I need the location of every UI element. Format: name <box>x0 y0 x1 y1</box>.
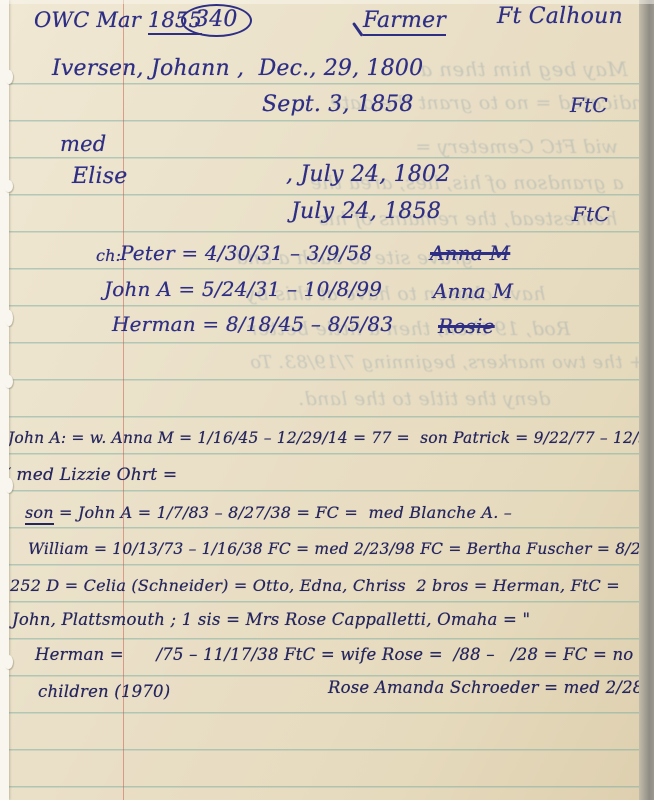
children-label: ch: <box>96 246 121 265</box>
page-number: 340 <box>181 4 252 37</box>
note-line: John, Plattsmouth ; 1 sis = Mrs Rose Cap… <box>12 610 530 629</box>
bleedthrough-text: deny the title to the land. <box>298 388 551 410</box>
record-code: OWC Mar 1855 <box>34 8 202 32</box>
person-name-birth: Iversen, Johann , Dec., 29, 1800 <box>52 56 423 81</box>
cemetery-mark: FtC <box>572 202 610 226</box>
bleedthrough-text: wid FtC Cemetery = <box>415 136 618 158</box>
note-line: son = John A = 1/7/83 – 8/27/38 = FC = m… <box>25 503 512 522</box>
spouse-death-date: July 24, 1858 <box>291 199 441 224</box>
note-lead-underlined: son <box>25 503 54 525</box>
note-line: William = 10/13/73 – 1/16/38 FC = med 2/… <box>28 540 654 558</box>
person-death-date: Sept. 3, 1858 <box>262 92 414 117</box>
place-name: Ft Calhoun <box>497 4 623 29</box>
note-line: Herman = /75 – 11/17/38 FtC = wife Rose … <box>35 645 633 664</box>
bleedthrough-text: May beg him then a <box>420 57 628 81</box>
child-spouse: Anna M <box>433 279 513 303</box>
spouse-name: Elise <box>72 164 127 189</box>
note-line: John A: = w. Anna M = 1/16/45 – 12/29/14… <box>8 425 654 447</box>
tear-bump <box>4 375 13 388</box>
child-spouse-struck: Rosie <box>438 314 495 338</box>
spouse-birth-date: , July 24, 1802 <box>286 162 450 187</box>
tear-bump <box>5 478 13 493</box>
tear-bump <box>5 310 13 326</box>
occupation: Farmer <box>363 8 446 33</box>
note-line-right: Rose Amanda Schroeder = med 2/28/18 <box>328 678 654 697</box>
paper-top-edge <box>0 0 654 4</box>
bleedthrough-text: by his father + the two markers, beginni… <box>250 352 654 373</box>
torn-left-edge <box>0 0 9 800</box>
occupation-label: Farmer <box>363 8 446 36</box>
pen-flourish <box>352 22 363 37</box>
tear-bump <box>4 655 13 669</box>
tear-bump <box>4 180 13 192</box>
married-label: med <box>60 132 106 156</box>
child-entry: Peter = 4/30/31 – 3/9/58 <box>120 241 372 265</box>
scanner-edge-shadow <box>639 0 654 800</box>
record-code-prefix: OWC Mar <box>34 8 141 32</box>
cemetery-mark: FtC <box>570 93 608 117</box>
note-text: John A: = w. Anna M = 1/16/45 – 12/29/14… <box>8 429 654 447</box>
child-entry: Herman = 8/18/45 – 8/5/83 <box>112 312 393 336</box>
note-text: = John A = 1/7/83 – 8/27/38 = FC = med B… <box>54 503 512 522</box>
red-margin-line <box>123 0 124 800</box>
note-line: children (1970) <box>38 682 170 701</box>
tear-bump <box>5 70 13 84</box>
page-number-circled: 340 <box>181 4 252 37</box>
child-entry: John A = 5/24/31 – 10/8/99 <box>104 277 382 301</box>
note-line: 252 D = Celia (Schneider) = Otto, Edna, … <box>10 576 620 595</box>
scanned-document-page: May beg him then a dates indicated = no … <box>0 0 654 800</box>
child-spouse-struck: Anna M <box>430 241 510 265</box>
note-line: ( med Lizzie Ohrt = <box>4 465 177 485</box>
